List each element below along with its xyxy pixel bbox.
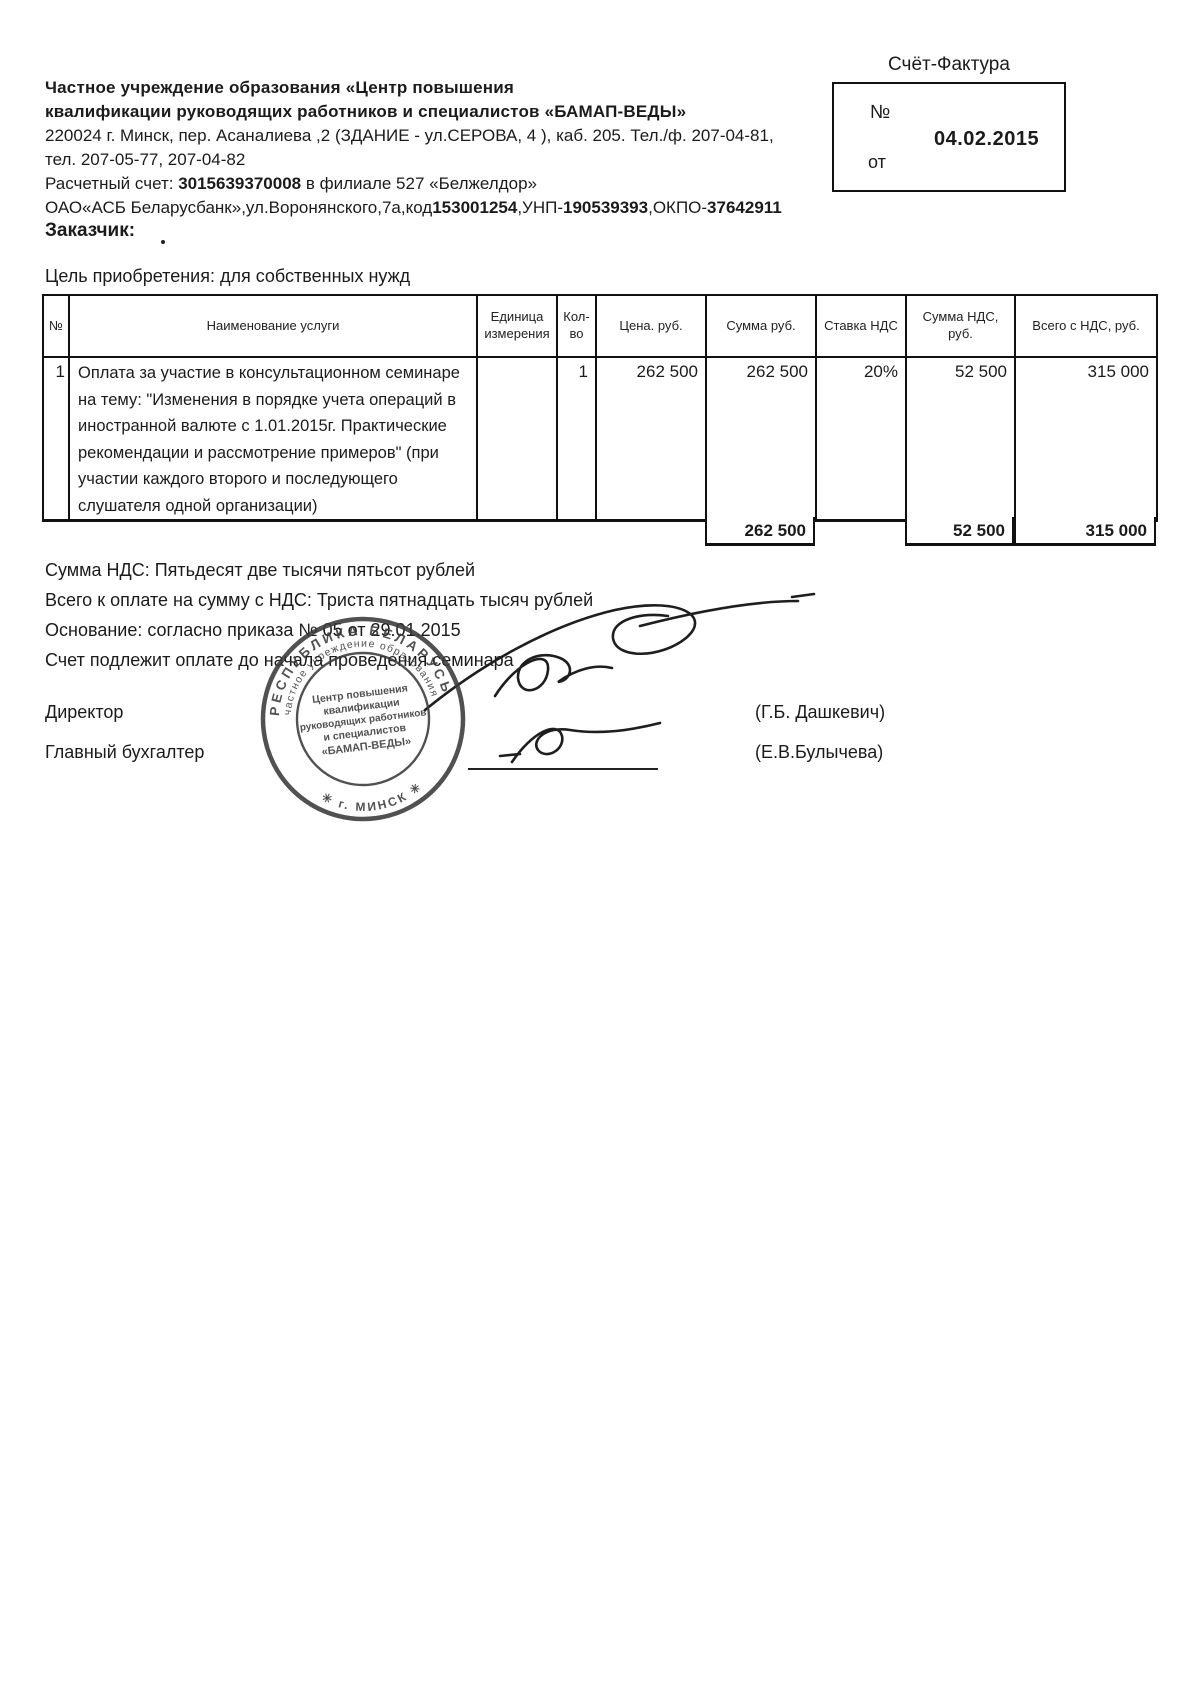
col-header-service: Наименование услуги (69, 295, 477, 357)
invoice-number-box: № от 04.02.2015 (832, 82, 1066, 192)
invoice-date-label: от (868, 152, 886, 173)
accountant-name: (Е.В.Булычева) (755, 742, 883, 763)
col-header-no: № (43, 295, 69, 357)
col-header-total: Всего с НДС, руб. (1015, 295, 1157, 357)
row-unit (477, 357, 557, 521)
signature-stroke (792, 594, 814, 597)
col-header-sum: Сумма руб. (706, 295, 816, 357)
bank-code: 153001254 (432, 198, 517, 217)
director-name: (Г.Б. Дашкевич) (755, 702, 885, 723)
invoice-document: Частное учреждение образования «Центр по… (0, 0, 1200, 1697)
seller-account-line: Расчетный счет: 3015639370008 в филиале … (45, 172, 835, 196)
col-header-vat-sum: Сумма НДС, руб. (906, 295, 1015, 357)
row-no: 1 (43, 357, 69, 521)
col-header-vat-rate: Ставка НДС (816, 295, 906, 357)
table-header-row: № Наименование услуги Единица измерения … (43, 295, 1157, 357)
accountant-label: Главный бухгалтер (45, 742, 204, 763)
account-number: 3015639370008 (178, 174, 301, 193)
invoice-title: Счёт-Фактура (832, 54, 1066, 76)
invoice-date-value: 04.02.2015 (934, 128, 1039, 151)
vat-in-words: Сумма НДС: Пятьдесят две тысячи пятьсот … (45, 560, 475, 581)
unp-label: ,УНП- (517, 198, 563, 217)
invoice-number-label: № (870, 102, 890, 124)
okpo-number: 37642911 (707, 198, 782, 217)
row-description-cell: Оплата за участие в консультационном сем… (69, 357, 477, 521)
director-label: Директор (45, 702, 123, 723)
seller-bank-line: ОАО«АСБ Беларусбанк»,ул.Воронянского,7а,… (45, 196, 835, 220)
signature-stroke (500, 754, 520, 756)
signature-stroke (512, 723, 660, 762)
seller-name-line1: Частное учреждение образования «Центр по… (45, 76, 835, 100)
total-in-words: Всего к оплате на сумму с НДС: Триста пя… (45, 590, 593, 611)
totals-grand-total: 315 000 (1014, 517, 1156, 546)
signature-underline (468, 768, 658, 770)
totals-sum: 262 500 (705, 517, 815, 546)
row-description: Оплата за участие в консультационном сем… (78, 360, 470, 519)
row-total: 315 000 (1015, 357, 1157, 521)
organization-stamp: РЕСПУБЛИКА БЕЛАРУСЬ ✳ г. МИНСК ✳ частное… (244, 600, 482, 838)
seller-address-line1: 220024 г. Минск, пер. Асаналиева ,2 (ЗДА… (45, 124, 835, 148)
row-qty: 1 (557, 357, 596, 521)
scan-artifact-dot (161, 240, 165, 244)
table-row: 1 Оплата за участие в консультационном с… (43, 357, 1157, 521)
col-header-qty: Кол-во (557, 295, 596, 357)
signature-stroke (640, 601, 798, 626)
col-header-price: Цена. руб. (596, 295, 706, 357)
seller-name-line2: квалификации руководящих работников и сп… (45, 100, 835, 124)
services-table: № Наименование услуги Единица измерения … (42, 294, 1158, 522)
totals-vat-sum: 52 500 (905, 517, 1014, 546)
okpo-label: ,ОКПО- (648, 198, 707, 217)
seller-info-block: Частное учреждение образования «Центр по… (45, 76, 835, 220)
account-label: Расчетный счет: (45, 174, 178, 193)
customer-label: Заказчик: (45, 220, 135, 242)
row-sum: 262 500 (706, 357, 816, 521)
bank-name: ОАО«АСБ Беларусбанк»,ул.Воронянского,7а,… (45, 198, 432, 217)
col-header-unit: Единица измерения (477, 295, 557, 357)
row-vat-rate: 20% (816, 357, 906, 521)
seller-address-line2: тел. 207-05-77, 207-04-82 (45, 148, 835, 172)
row-price: 262 500 (596, 357, 706, 521)
accountant-signature (498, 712, 683, 774)
purpose-line: Цель приобретения: для собственных нужд (45, 266, 410, 287)
unp-number: 190539393 (563, 198, 648, 217)
account-branch: в филиале 527 «Белжелдор» (301, 174, 537, 193)
row-vat-sum: 52 500 (906, 357, 1015, 521)
